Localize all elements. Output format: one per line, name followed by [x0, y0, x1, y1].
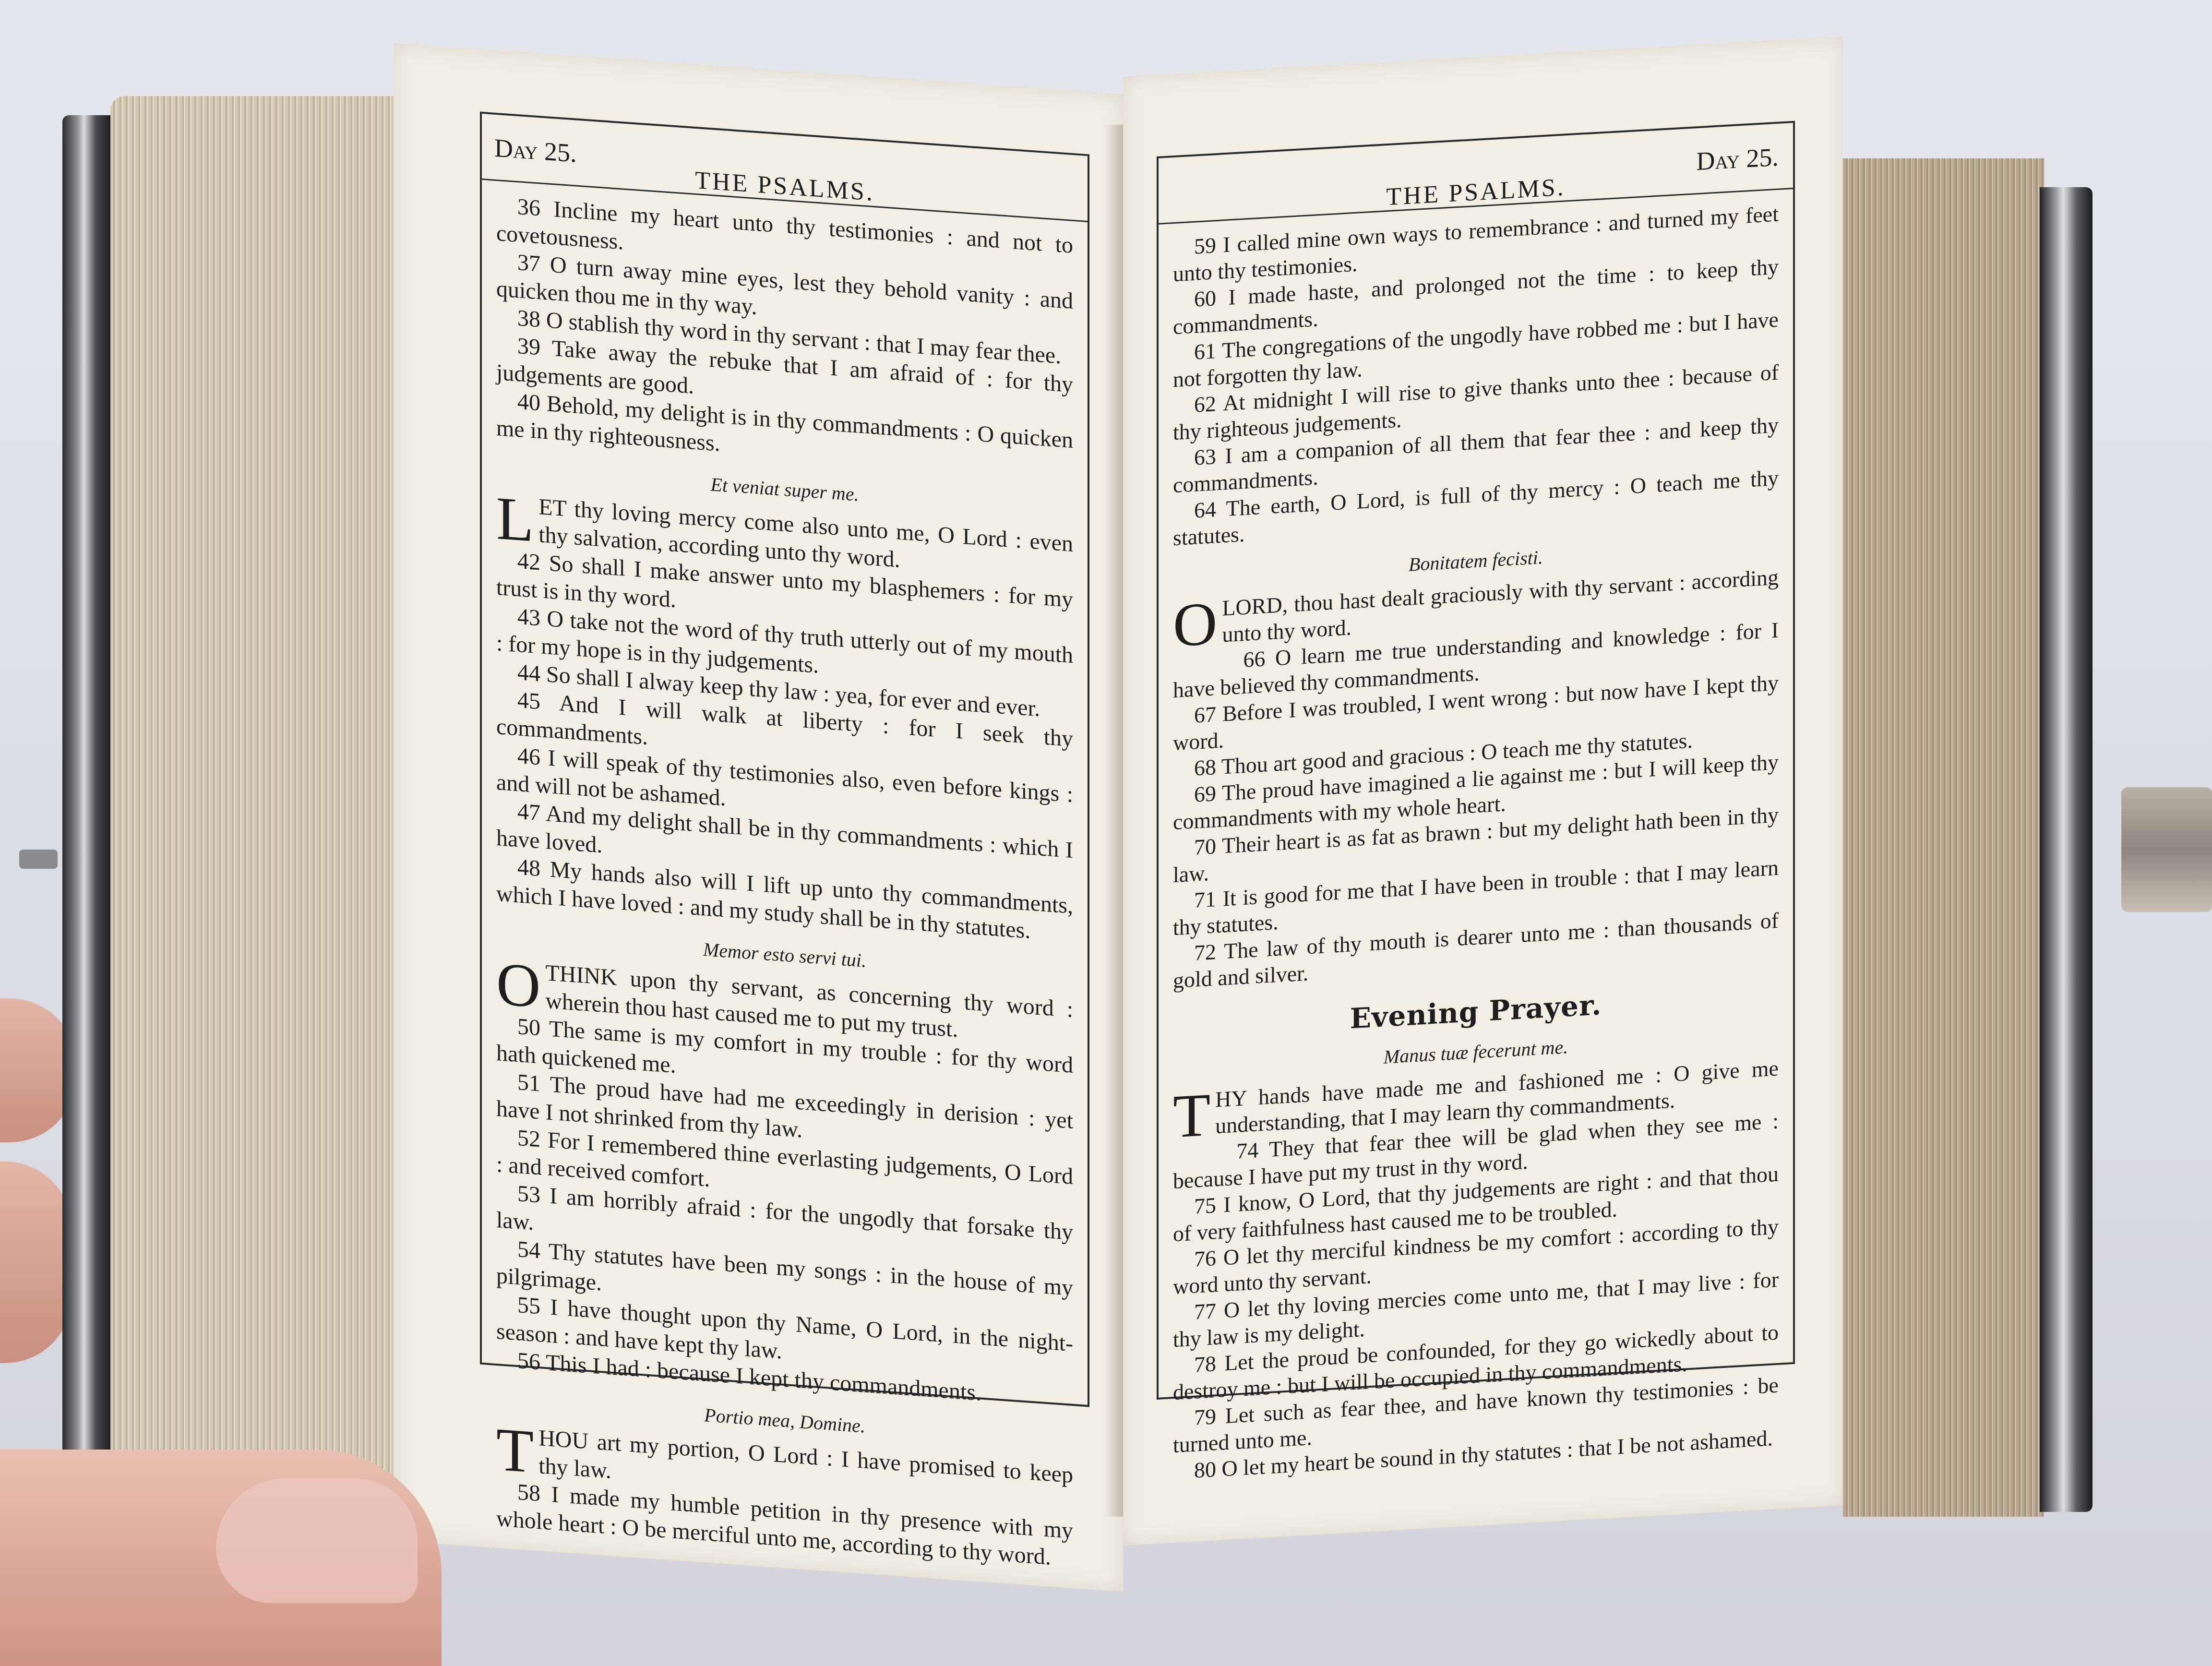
clasp-pin [19, 850, 58, 869]
page-frame: Day 25. THE PSALMS. 36 Incline my heart … [480, 112, 1089, 1407]
right-page-edges [1843, 158, 2045, 1517]
thumbnail [216, 1478, 418, 1603]
photo-scene: Day 25. THE PSALMS. 36 Incline my heart … [0, 0, 2212, 1666]
right-page: THE PSALMS. Day 25. 59 I called mine own… [1123, 36, 1843, 1546]
drop-cap: T [496, 1423, 534, 1477]
left-page: Day 25. THE PSALMS. 36 Incline my heart … [394, 43, 1123, 1592]
left-page-edges [110, 96, 394, 1488]
drop-cap: T [1173, 1089, 1210, 1142]
page-frame: THE PSALMS. Day 25. 59 I called mine own… [1157, 121, 1795, 1400]
page-text: 36 Incline my heart unto thy testimonies… [482, 180, 1088, 1574]
page-text: 59 I called mine own ways to remembrance… [1159, 189, 1793, 1486]
book-clasp [2121, 787, 2212, 912]
right-metal-cover-edge [2040, 187, 2092, 1512]
finger [0, 1162, 72, 1363]
drop-cap: O [496, 958, 540, 1012]
day-label: Day 25. [1697, 142, 1779, 177]
drop-cap: L [496, 492, 534, 546]
drop-cap: O [1173, 597, 1217, 651]
left-metal-cover-edge [62, 115, 110, 1488]
